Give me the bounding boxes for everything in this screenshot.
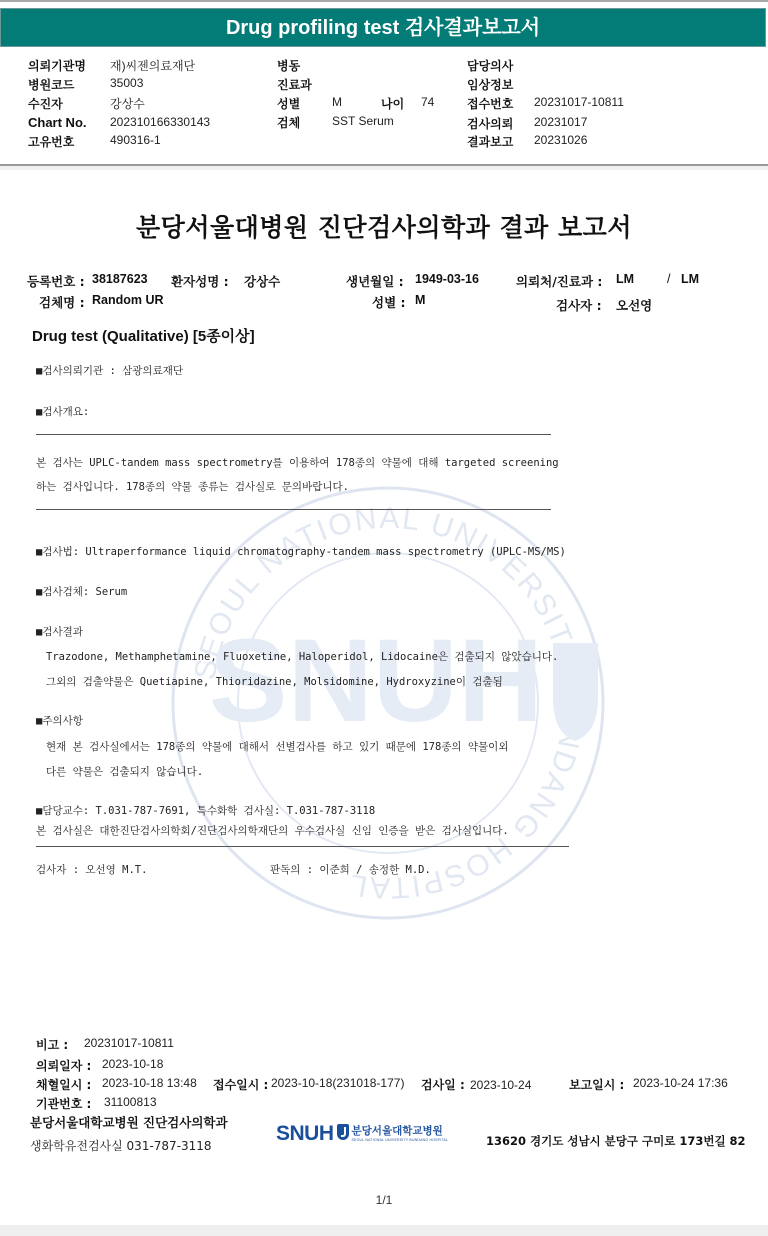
label-clinical-info: 임상정보 (467, 76, 513, 93)
result-line-not-detected: Trazodone, Methamphetamine, Fluoxetine, … (46, 649, 558, 664)
label-department: 진료과 (277, 76, 312, 93)
contact-line: ■담당교수: T.031-787-7691, 특수화학 검사실: T.031-7… (36, 803, 375, 818)
method-line: ■검사법: Ultraperformance liquid chromatogr… (36, 544, 566, 559)
label-requesting-institution: 의뢰기관명 (28, 57, 86, 74)
value-ordering-department: LM (616, 272, 634, 286)
label-remark: 비고 : (36, 1036, 68, 1053)
label-result-report: 결과보고 (467, 133, 513, 150)
value-sex: M (332, 95, 342, 109)
value-patient-name: 강상수 (244, 272, 280, 290)
test-specimen-line: ■검사검체: Serum (36, 584, 127, 599)
label-age: 나이 (381, 95, 404, 112)
value-collection-time: 2023-10-18 13:48 (102, 1076, 197, 1090)
hospital-address: 13620 경기도 성남시 분당구 구미로 173번길 82 (486, 1133, 746, 1149)
report-title: 분당서울대병원 진단검사의학과 결과 보고서 (0, 208, 768, 244)
label-examiner: 검사자 : (556, 296, 602, 314)
shield-icon (337, 1124, 349, 1140)
logo-korean-name: 분당서울대학교병원 (352, 1125, 449, 1137)
dashed-divider (36, 434, 551, 435)
value-remark: 20231017-10811 (84, 1036, 174, 1050)
label-hospital-code: 병원코드 (28, 76, 74, 93)
label-collection-time: 채혈일시 : (36, 1076, 91, 1093)
value-examiner: 오선영 (616, 296, 652, 314)
label-doctor: 담당의사 (467, 57, 513, 74)
label-patient: 수진자 (28, 95, 63, 112)
overview-line-1: 본 검사는 UPLC-tandem mass spectrometry를 이용하… (36, 455, 559, 470)
value-birth-date: 1949-03-16 (415, 272, 479, 286)
dashed-divider (36, 846, 569, 847)
value-report-time: 2023-10-24 17:36 (633, 1076, 728, 1090)
caution-heading: ■주의사항 (36, 713, 83, 728)
hospital-logo: SNUH 분당서울대학교병원 SEOUL NATIONAL UNIVERSITY… (276, 1121, 448, 1147)
label-institution-no: 기관번호 : (36, 1095, 91, 1112)
logo-text: 분당서울대학교병원 SEOUL NATIONAL UNIVERSITY BUND… (352, 1125, 449, 1143)
certification-line: 본 검사실은 대한진단검사의학회/진단검사의학재단의 우수검사실 신임 인증을 … (36, 823, 509, 838)
value-specimen-name: Random UR (92, 293, 164, 307)
value-institution-no: 31100813 (104, 1095, 157, 1109)
value-chart-no: 202310166330143 (110, 115, 210, 129)
dashed-divider (36, 509, 551, 510)
value-patient: 강상수 (110, 95, 145, 112)
label-ward: 병동 (277, 57, 300, 74)
document-header-title: Drug profiling test 검사결과보고서 (0, 8, 766, 47)
label-test-date: 검사일 : (421, 1076, 465, 1093)
value-age: 74 (421, 95, 434, 109)
requesting-institution-line: ■검사의뢰기관 : 삼광의료재단 (36, 363, 183, 378)
value-test-request: 20231017 (534, 115, 587, 129)
label-specimen: 검체 (277, 114, 300, 131)
label-receipt-no: 접수번호 (467, 95, 513, 112)
label-sex: 성별 (277, 95, 300, 112)
overview-line-2: 하는 검사입니다. 178종의 약물 종류는 검사실로 문의바랍니다. (36, 479, 349, 494)
label-report-time: 보고일시 : (569, 1076, 624, 1093)
result-heading: ■검사결과 (36, 624, 83, 639)
value-clinical-department: LM (681, 272, 699, 286)
examiner-signature: 검사자 : 오선영 M.T. (36, 862, 147, 877)
label-patient-sex: 성별 : (372, 293, 406, 311)
label-receipt-time: 접수일시 : (213, 1076, 268, 1093)
value-patient-sex: M (415, 293, 425, 307)
label-unique-no: 고유번호 (28, 133, 74, 150)
result-line-detected: 그외의 검출약물은 Quetiapine, Thioridazine, Mols… (46, 674, 503, 689)
label-request-date: 의뢰일자 : (36, 1057, 91, 1074)
value-receipt-time: 2023-10-18(231018-177) (271, 1076, 404, 1090)
label-birth-date: 생년월일 : (346, 272, 404, 290)
value-registration-no: 38187623 (92, 272, 148, 286)
overview-heading: ■검사개요: (36, 404, 89, 419)
label-patient-name: 환자성명 : (171, 272, 229, 290)
value-request-date: 2023-10-18 (102, 1057, 163, 1071)
top-border (0, 0, 768, 2)
value-unique-no: 490316-1 (110, 133, 161, 147)
section-divider-band (0, 166, 768, 170)
bottom-band (0, 1225, 768, 1236)
caution-line-1: 현재 본 검사실에서는 178종의 약물에 대해서 선별검사를 하고 있기 때문… (46, 739, 508, 754)
value-result-report: 20231026 (534, 133, 587, 147)
request-info-grid: 의뢰기관명 재)씨젠의료재단 병원코드 35003 수진자 강상수 Chart … (0, 52, 768, 156)
label-specimen-name: 검체명 : (39, 293, 85, 311)
logo-english-name: SEOUL NATIONAL UNIVERSITY BUNDANG HOSPIT… (352, 1137, 449, 1143)
value-requesting-institution: 재)씨젠의료재단 (110, 57, 195, 74)
lab-phone: 생화학유전검사실 031-787-3118 (30, 1137, 212, 1154)
value-test-date: 2023-10-24 (470, 1078, 531, 1092)
value-receipt-no: 20231017-10811 (534, 95, 624, 109)
label-chart-no: Chart No. (28, 115, 87, 130)
svg-text:SEOUL NATIONAL UNIVERSITY BUND: SEOUL NATIONAL UNIVERSITY BUNDANG HOSPIT… (188, 502, 589, 904)
logo-wordmark: SNUH (276, 1122, 334, 1146)
department-separator: / (667, 272, 670, 286)
department-name: 분당서울대학교병원 진단검사의학과 (30, 1113, 228, 1131)
label-test-request: 검사의뢰 (467, 115, 513, 132)
reading-physician-signature: 판독의 : 이준희 / 송정한 M.D. (270, 862, 431, 877)
label-ordering-department: 의뢰처/진료과 : (516, 272, 602, 290)
value-hospital-code: 35003 (110, 76, 143, 90)
test-name: Drug test (Qualitative) [5종이상] (32, 325, 255, 346)
label-registration-no: 등록번호 : (27, 272, 85, 290)
caution-line-2: 다른 약물은 검출되지 않습니다. (46, 764, 203, 779)
value-specimen: SST Serum (332, 114, 394, 128)
page-number: 1/1 (0, 1193, 768, 1207)
